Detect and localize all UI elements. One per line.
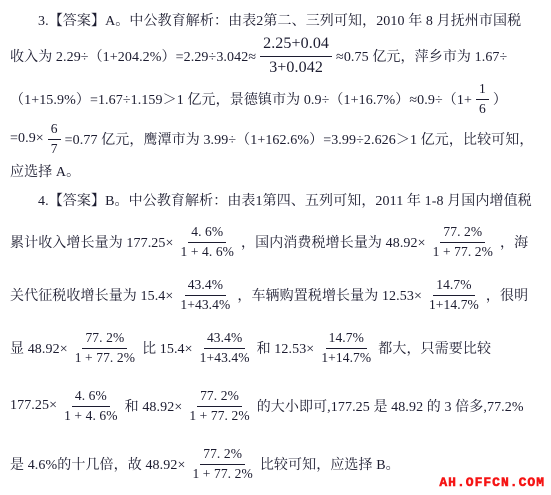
fraction-denominator: 6: [476, 100, 489, 118]
fraction-numerator: 43.4%: [204, 330, 245, 349]
text-run: 比较可知，应选择 B。: [260, 454, 400, 474]
fraction-numerator: 14.7%: [433, 277, 474, 296]
text-run: 和 48.92×: [125, 396, 183, 416]
fraction-denominator: 1 + 4. 6%: [178, 243, 238, 261]
fraction: 77. 2%1 + 77. 2%: [186, 388, 252, 425]
site-watermark: AH.OFFCN.COM: [439, 475, 545, 490]
text-run: 收入为 2.29÷（1+204.2%）=2.29÷3.042≈: [10, 46, 256, 66]
text-run: ，很明: [486, 285, 528, 305]
fraction-numerator: 77. 2%: [200, 446, 245, 465]
text-run: 累计收入增长量为 177.25×: [10, 232, 174, 252]
fraction-denominator: 1+43.4%: [197, 349, 253, 367]
fraction-numerator: 77. 2%: [82, 330, 127, 349]
fraction-numerator: 77. 2%: [197, 388, 242, 407]
fraction-denominator: 1+14.7%: [318, 349, 374, 367]
text-line: 显 48.92×77. 2%1 + 77. 2%比 15.4×43.4%1+43…: [10, 322, 543, 374]
fraction: 4. 6%1 + 4. 6%: [178, 224, 238, 261]
text-line: （1+15.9%）=1.67÷1.159＞1 亿元，景德镇市为 0.9÷（1+1…: [10, 78, 543, 120]
fraction-numerator: 4. 6%: [72, 388, 110, 407]
text-run: 4.【答案】B。中公教育解析：由表1第四、五列可知，2011 年 1-8 月国内…: [38, 190, 532, 210]
fraction-numerator: 43.4%: [185, 277, 226, 296]
text-run: 是 4.6%的十几倍，故 48.92×: [10, 454, 185, 474]
text-run: 都大，只需要比较: [378, 338, 491, 358]
fraction-numerator: 2.25+0.04: [260, 34, 332, 57]
text-run: 的大小即可,177.25 是 48.92 的 3 倍多,77.2%: [257, 396, 524, 416]
text-run: =0.9×: [10, 131, 44, 147]
fraction-denominator: 1 + 77. 2%: [430, 243, 496, 261]
text-run: 和 12.53×: [257, 338, 315, 358]
fraction-denominator: 3+0.042: [266, 57, 326, 79]
fraction: 67: [48, 121, 61, 158]
fraction-numerator: 1: [476, 81, 489, 100]
fraction: 4. 6%1 + 4. 6%: [61, 388, 121, 425]
text-line: 4.【答案】B。中公教育解析：由表1第四、五列可知，2011 年 1-8 月国内…: [10, 184, 543, 216]
text-run: 比 15.4×: [142, 338, 193, 358]
fraction-denominator: 7: [48, 140, 61, 158]
text-run: ，国内消费税增长量为 48.92×: [241, 232, 426, 252]
fraction-denominator: 1 + 77. 2%: [72, 349, 138, 367]
fraction-denominator: 1 + 77. 2%: [186, 407, 252, 425]
text-line: 应选择 A。: [10, 158, 543, 184]
text-line: =0.9×67=0.77 亿元，鹰潭市为 3.99÷（1+162.6%）=3.9…: [10, 120, 543, 158]
fraction: 16: [476, 81, 489, 118]
text-run: ≈0.75 亿元，萍乡市为 1.67÷: [336, 46, 507, 66]
fraction: 2.25+0.043+0.042: [260, 34, 332, 78]
document-body: 3.【答案】A。中公教育解析：由表2第二、三列可知，2010 年 8 月抚州市国…: [0, 4, 551, 495]
fraction-numerator: 77. 2%: [440, 224, 485, 243]
fraction: 77. 2%1 + 77. 2%: [72, 330, 138, 367]
text-run: 关代征税收增长量为 15.4×: [10, 285, 173, 305]
fraction-numerator: 14.7%: [326, 330, 367, 349]
text-run: 显 48.92×: [10, 338, 68, 358]
text-run: （1+15.9%）=1.67÷1.159＞1 亿元，景德镇市为 0.9÷（1+1…: [10, 89, 472, 109]
fraction: 14.7%1+14.7%: [318, 330, 374, 367]
fraction-numerator: 4. 6%: [188, 224, 226, 243]
text-line: 关代征税收增长量为 15.4×43.4%1+43.4%，车辆购置税增长量为 12…: [10, 268, 543, 322]
fraction: 43.4%1+43.4%: [177, 277, 233, 314]
text-line: 3.【答案】A。中公教育解析：由表2第二、三列可知，2010 年 8 月抚州市国…: [10, 6, 543, 34]
fraction-denominator: 1+43.4%: [177, 296, 233, 314]
text-run: ）: [493, 89, 507, 109]
fraction: 77. 2%1 + 77. 2%: [430, 224, 496, 261]
text-run: =0.77 亿元，鹰潭市为 3.99÷（1+162.6%）=3.99÷2.626…: [65, 129, 534, 149]
fraction: 14.7%1+14.7%: [426, 277, 482, 314]
text-run: 177.25×: [10, 398, 57, 414]
fraction-denominator: 1+14.7%: [426, 296, 482, 314]
text-line: 累计收入增长量为 177.25×4. 6%1 + 4. 6%，国内消费税增长量为…: [10, 216, 543, 268]
text-run: 3.【答案】A。中公教育解析：由表2第二、三列可知，2010 年 8 月抚州市国…: [38, 10, 521, 30]
text-run: ，车辆购置税增长量为 12.53×: [237, 285, 422, 305]
text-line: 收入为 2.29÷（1+204.2%）=2.29÷3.042≈2.25+0.04…: [10, 34, 543, 78]
text-run: 应选择 A。: [10, 161, 80, 181]
fraction: 77. 2%1 + 77. 2%: [189, 446, 255, 483]
fraction-denominator: 1 + 77. 2%: [189, 465, 255, 483]
text-line: 177.25×4. 6%1 + 4. 6%和 48.92×77. 2%1 + 7…: [10, 374, 543, 438]
text-run: ，海: [500, 232, 528, 252]
fraction-numerator: 6: [48, 121, 61, 140]
fraction: 43.4%1+43.4%: [197, 330, 253, 367]
fraction-denominator: 1 + 4. 6%: [61, 407, 121, 425]
